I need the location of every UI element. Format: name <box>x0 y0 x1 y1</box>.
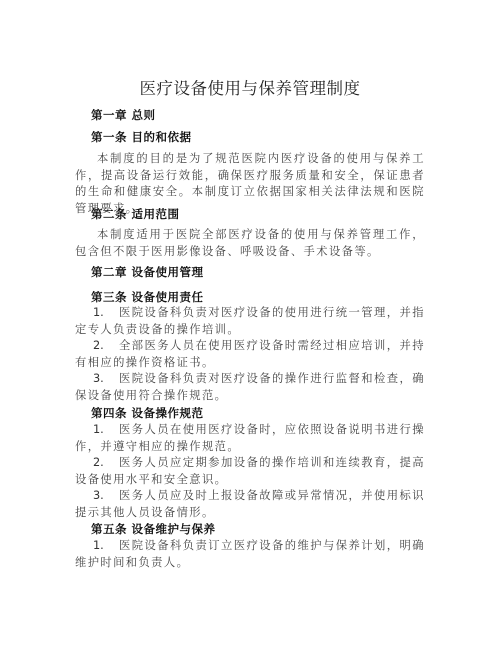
article-3-item-3: 3.医院设备科负责对医疗设备的操作进行监督和检查，确保设备使用符合操作规范。 <box>75 371 425 404</box>
article-4-item-2: 2.医务人员应定期参加设备的操作培训和连续教育，提高设备使用水平和安全意识。 <box>75 455 425 488</box>
item-text: 医务人员应及时上报设备故障或异常情况，并使用标识提示其他人员设备情形。 <box>75 489 425 519</box>
item-number: 2. <box>75 338 119 355</box>
item-text: 医院设备科负责对医疗设备的操作进行监督和检查，确保设备使用符合操作规范。 <box>75 372 425 402</box>
article-3-item-2: 2.全部医务人员在使用医疗设备时需经过相应培训，并持有相应的操作资格证书。 <box>75 338 425 371</box>
item-number: 1. <box>75 422 119 439</box>
document-title: 医疗设备使用与保养管理制度 <box>75 79 425 99</box>
article-2-body: 本制度适用于医院全部医疗设备的使用与保养管理工作，包含但不限于医用影像设备、呼吸… <box>75 227 425 260</box>
item-text: 医院设备科负责订立医疗设备的维护与保养计划，明确维护时间和负责人。 <box>75 539 425 569</box>
article-3-item-1: 1.医院设备科负责对医疗设备的使用进行统一管理，并指定专人负责设备的操作培训。 <box>75 305 425 338</box>
article-4-item-3: 3.医务人员应及时上报设备故障或异常情况，并使用标识提示其他人员设备情形。 <box>75 488 425 521</box>
chapter-2-heading: 第二章 设备使用管理 <box>91 264 204 280</box>
article-3-heading: 第三条 设备使用责任 <box>91 289 204 305</box>
item-text: 医务人员在使用医疗设备时，应依照设备说明书进行操作，并遵守相应的操作规范。 <box>75 423 425 453</box>
item-text: 医院设备科负责对医疗设备的使用进行统一管理，并指定专人负责设备的操作培训。 <box>75 306 425 336</box>
item-number: 2. <box>75 455 119 472</box>
item-text: 医务人员应定期参加设备的操作培训和连续教育，提高设备使用水平和安全意识。 <box>75 456 425 486</box>
item-number: 1. <box>75 538 119 555</box>
article-2-heading: 第二条 适用范围 <box>91 206 180 222</box>
article-1-heading: 第一条 目的和依据 <box>91 129 192 145</box>
article-4-heading: 第四条 设备操作规范 <box>91 405 204 421</box>
article-5-item-1: 1.医院设备科负责订立医疗设备的维护与保养计划，明确维护时间和负责人。 <box>75 538 425 571</box>
item-number: 1. <box>75 305 119 322</box>
article-5-heading: 第五条 设备维护与保养 <box>91 521 216 537</box>
article-4-item-1: 1.医务人员在使用医疗设备时，应依照设备说明书进行操作，并遵守相应的操作规范。 <box>75 422 425 455</box>
item-number: 3. <box>75 371 119 388</box>
item-text: 全部医务人员在使用医疗设备时需经过相应培训，并持有相应的操作资格证书。 <box>75 339 425 369</box>
item-number: 3. <box>75 488 119 505</box>
chapter-1-heading: 第一章 总则 <box>91 107 156 123</box>
